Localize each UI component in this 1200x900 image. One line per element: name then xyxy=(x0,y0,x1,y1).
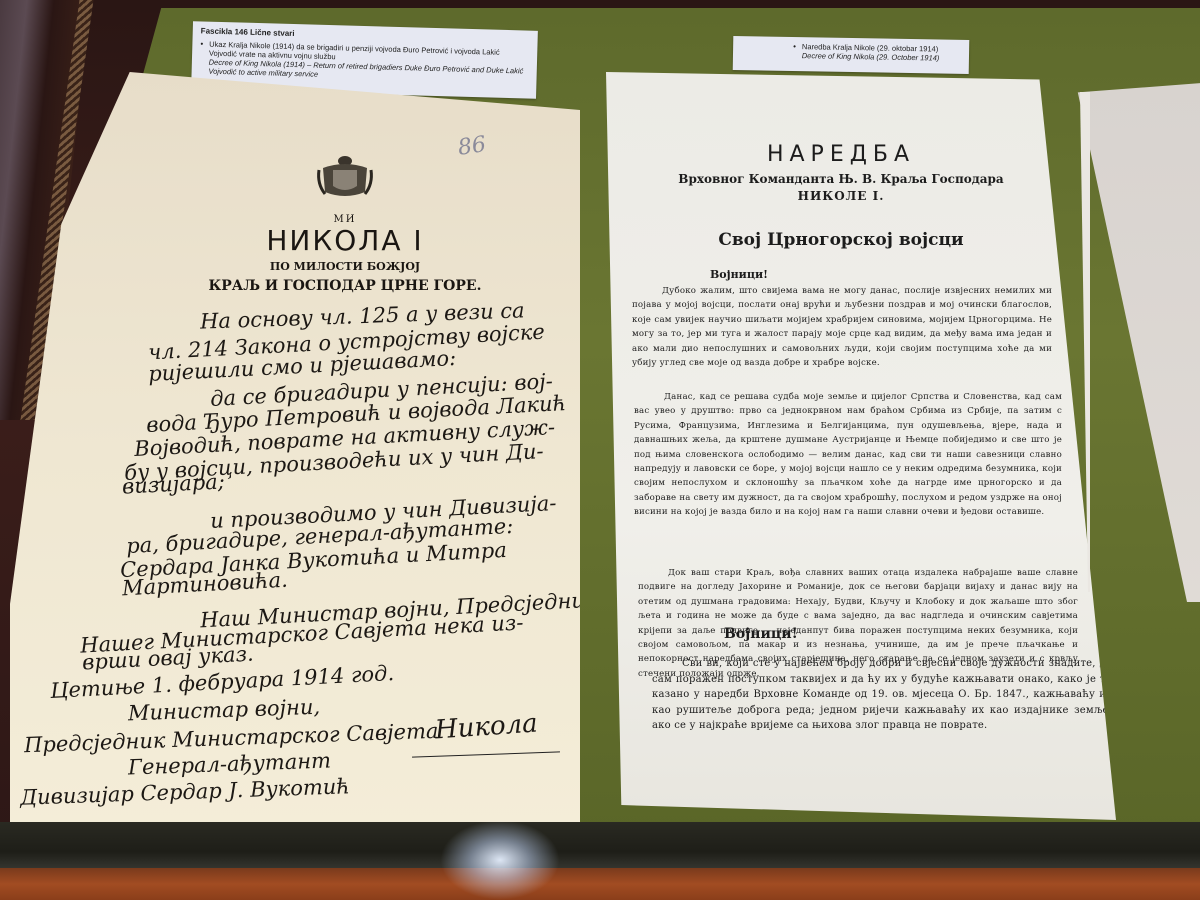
signature-underline xyxy=(412,751,560,757)
order-paragraph-2: Данас, кад се решава судба моје земље и … xyxy=(634,390,1062,520)
archive-page-number: 86 xyxy=(456,132,487,161)
order-addressee-heading: Свој Црногорској војсци xyxy=(606,230,1076,250)
order-document-naredba: НАРЕДБА Врховног Команданта Њ. В. Краља … xyxy=(606,72,1116,820)
decree-document-king-nikola: 86 МИ НИКОЛА I ПО МИЛОСТИ БОЖЈОЈ КРАЉ И … xyxy=(10,72,580,832)
coat-of-arms-icon xyxy=(315,154,375,199)
display-case-wood-base xyxy=(0,868,1200,900)
bullet-icon: • xyxy=(793,42,796,60)
label-text-english: Decree of King Nikola (29. October 1914) xyxy=(802,51,940,62)
label-bullet: • Naredba Kralja Nikole (29. oktobar 191… xyxy=(793,42,961,63)
soldiers-salutation-2: Војници! xyxy=(724,626,798,642)
countersign-line: Министар војни, xyxy=(128,695,321,726)
museum-label-decree-oct-1914: • Naredba Kralja Nikole (29. oktobar 191… xyxy=(733,36,970,74)
display-case-bottom-rail xyxy=(0,822,1200,872)
countersign-line: Генерал-ађутант xyxy=(128,748,332,779)
king-name-heading: НИКОЛА I xyxy=(10,224,680,257)
handwritten-line: визијара; xyxy=(121,469,225,498)
king-title: КРАЉ И ГОСПОДАР ЦРНЕ ГОРЕ. xyxy=(10,278,680,294)
king-signature: Никола xyxy=(434,708,538,745)
light-glare xyxy=(440,820,560,900)
order-subtitle-name: НИКОЛЕ I. xyxy=(606,189,1076,203)
bullet-icon: • xyxy=(200,39,204,75)
by-grace-of-god: ПО МИЛОСТИ БОЖЈОЈ xyxy=(10,260,680,273)
order-paragraph-1: Дубоко жалим, што свијема вама не могу д… xyxy=(632,284,1052,370)
order-title: НАРЕДБА xyxy=(606,142,1076,167)
label-bullet: • Ukaz Kralja Nikole (1914) da se brigad… xyxy=(200,39,530,84)
order-paragraph-4: Сви ви, који сте у највећем броју добри … xyxy=(652,656,1112,734)
order-subtitle: Врховног Команданта Њ. В. Краља Господар… xyxy=(606,172,1076,186)
countersign-line: Дивизијар Сердар Ј. Вукотић xyxy=(20,774,351,809)
soldiers-salutation-1: Војници! xyxy=(710,268,768,281)
